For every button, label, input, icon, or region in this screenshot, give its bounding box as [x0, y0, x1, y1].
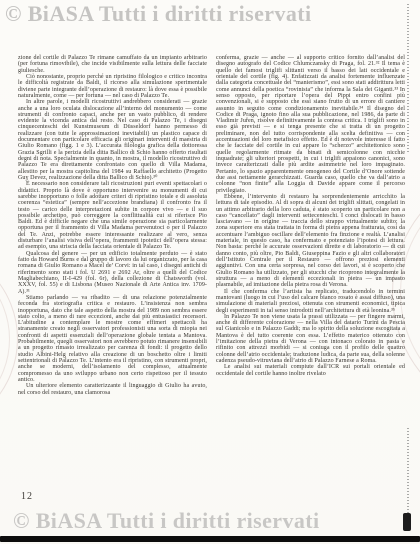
paragraph: Qualcosa del genere — per un edificio to… [18, 251, 207, 295]
paragraph: Ebbene, l’intervento di restauro ha sorp… [216, 194, 405, 289]
scan-edge-artifact-top [407, 4, 409, 152]
paragraph: In altre parole, i modelli ricostruttivi… [18, 99, 207, 181]
paragraph: In Palazzo Te non viene usata la prassi … [216, 314, 405, 365]
text-column-left: zione del cortile di Palazzo Te rimane c… [18, 55, 207, 396]
paragraph: Le analisi sui materiali compiute dall’I… [216, 364, 405, 377]
scan-edge-artifact-bottom [407, 428, 409, 514]
scan-ink-blob [403, 513, 411, 531]
text-column-right: conferma, grazie — anche — al supporto c… [216, 55, 405, 377]
scanned-journal-page: © BiASA Tutti i diritti riservati zione … [0, 0, 420, 544]
copyright-watermark-bottom: © BiASA Tutti i diritti riservati [13, 508, 319, 534]
paragraph: Il che conferma che l’artista ha replica… [216, 289, 405, 314]
paragraph: conferma, grazie — anche — al supporto c… [216, 55, 405, 194]
copyright-watermark-top: © BiASA Tutti i diritti riservati [5, 1, 311, 27]
paragraph: zione del cortile di Palazzo Te rimane c… [18, 55, 207, 74]
paragraph: Ciò nonostante, proprio perché un ripris… [18, 74, 207, 99]
paragraph: Stiamo parlando — va ribadito — di una r… [18, 295, 207, 383]
page-number: 12 [21, 491, 33, 502]
paragraph: Un ulteriore elemento caratterizzante il… [18, 383, 207, 396]
library-stamp-left [0, 244, 18, 434]
scan-edge-bar [0, 536, 420, 542]
paragraph: È necessario non considerare tali ricost… [18, 181, 207, 250]
